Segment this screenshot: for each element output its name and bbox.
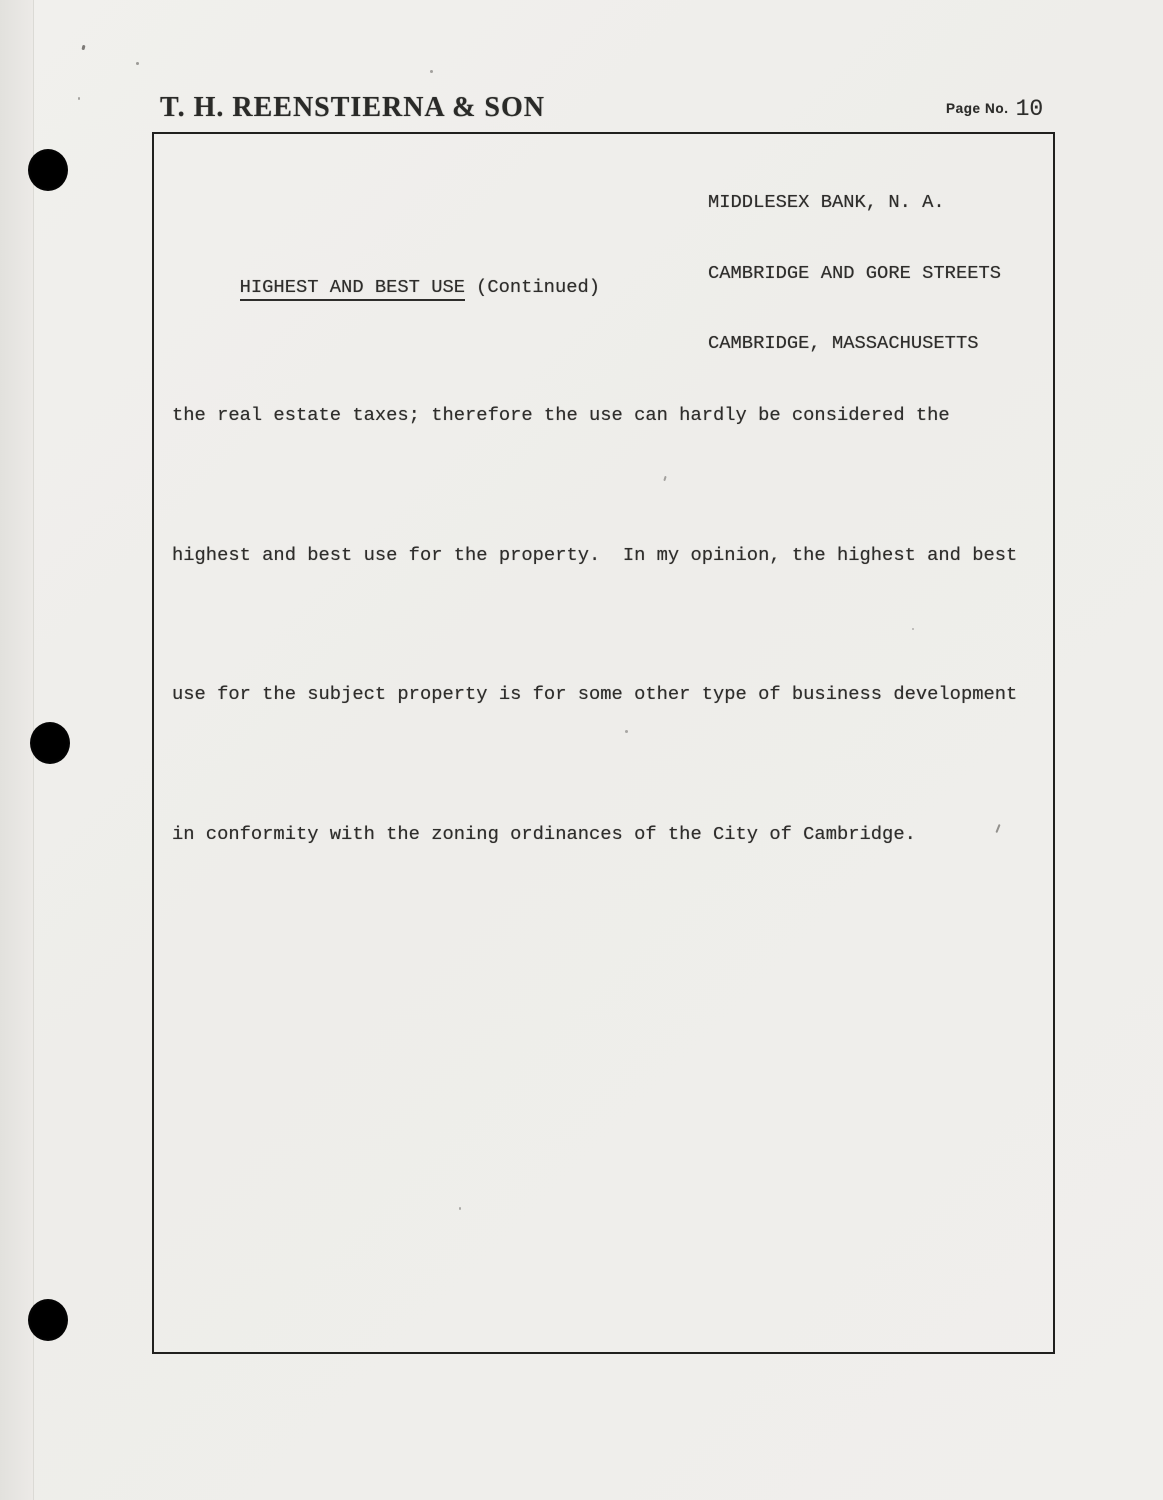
scan-speck bbox=[625, 730, 628, 733]
hole-punch-top bbox=[28, 149, 68, 191]
page-number: Page No.10 bbox=[946, 96, 1043, 122]
body-paragraph: the real estate taxes; therefore the use… bbox=[172, 299, 1017, 950]
body-line: the real estate taxes; therefore the use… bbox=[172, 392, 1017, 439]
paper-binding-edge bbox=[0, 0, 34, 1500]
section-heading-continued: (Continued) bbox=[476, 276, 600, 298]
letterhead-company-name: T. H. REENSTIERNA & SON bbox=[160, 92, 545, 124]
hole-punch-middle bbox=[30, 722, 70, 764]
body-line: in conformity with the zoning ordinances… bbox=[172, 811, 1017, 858]
hole-punch-bottom bbox=[28, 1299, 68, 1341]
content-border-box: MIDDLESEX BANK, N. A. CAMBRIDGE AND GORE… bbox=[152, 132, 1055, 1354]
scan-speck bbox=[81, 45, 85, 51]
section-heading-title: HIGHEST AND BEST USE bbox=[240, 276, 465, 301]
body-line: use for the subject property is for some… bbox=[172, 671, 1017, 718]
recipient-line-bank: MIDDLESEX BANK, N. A. bbox=[708, 191, 1001, 215]
page-number-label: Page No. bbox=[946, 101, 1009, 116]
scanned-document-page: T. H. REENSTIERNA & SON Page No.10 MIDDL… bbox=[0, 0, 1163, 1500]
scan-speck bbox=[78, 97, 80, 100]
scan-speck bbox=[430, 70, 433, 73]
recipient-line-street: CAMBRIDGE AND GORE STREETS bbox=[708, 262, 1001, 286]
page-number-value: 10 bbox=[1016, 96, 1044, 122]
body-line: highest and best use for the property. I… bbox=[172, 532, 1017, 579]
scan-speck bbox=[459, 1207, 461, 1210]
scan-speck bbox=[136, 62, 139, 65]
scan-speck bbox=[912, 628, 914, 630]
